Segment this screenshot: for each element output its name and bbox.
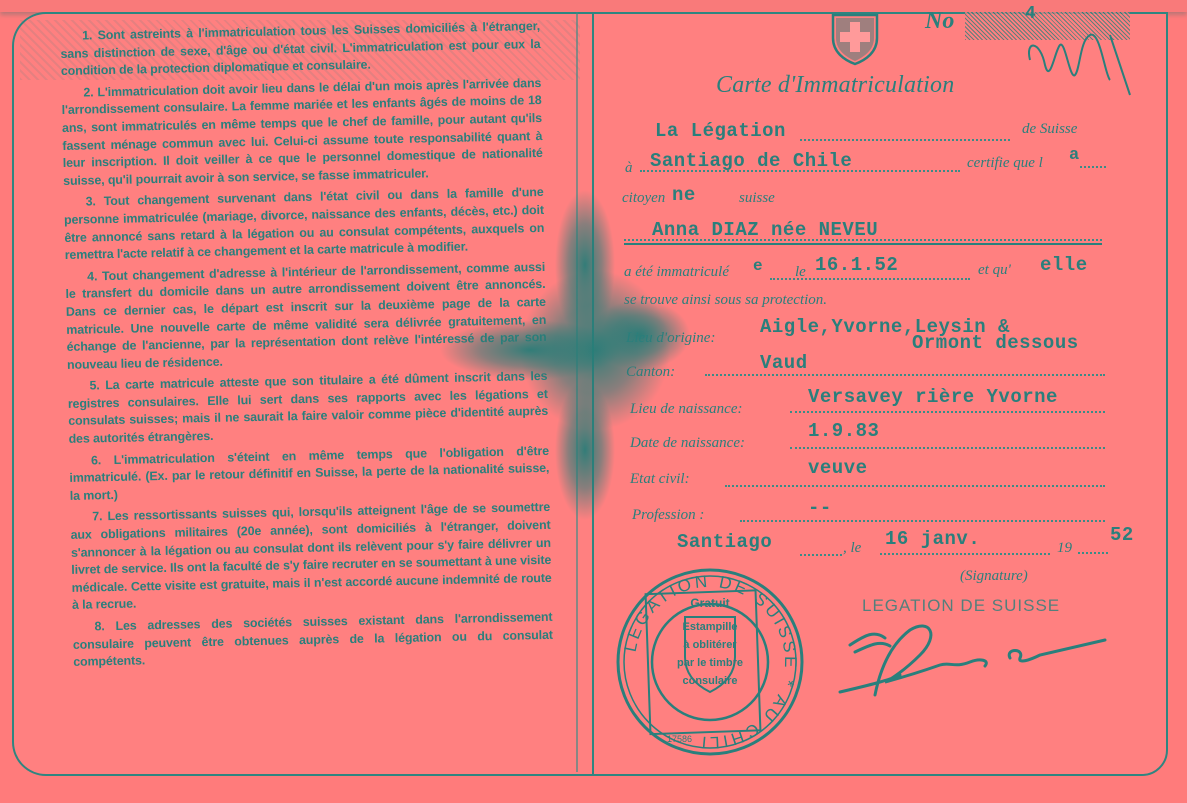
- fill-line: [1080, 166, 1106, 168]
- rule-1: 1. Sont astreints à l'immatriculation to…: [60, 18, 541, 81]
- protection-line: se trouve ainsi sous sa protection.: [624, 292, 827, 309]
- city-typed: Santiago de Chile: [650, 150, 852, 172]
- citizen-label: citoyen: [622, 190, 665, 207]
- issue-le: , le: [843, 540, 861, 557]
- holder-name: Anna DIAZ née NEVEU: [652, 219, 878, 241]
- fill-line: [1078, 552, 1108, 554]
- birthdate-label: Date de naissance:: [630, 435, 745, 452]
- svg-text:Gratuit: Gratuit: [690, 596, 729, 610]
- swiss-cross-shield-icon: [830, 12, 880, 66]
- handwritten-mark-icon: [1020, 20, 1140, 100]
- signature-label: (Signature): [960, 568, 1028, 585]
- fill-line: [800, 554, 842, 556]
- profession-label: Profession :: [632, 507, 704, 524]
- svg-text:consulaire: consulaire: [682, 675, 737, 687]
- city-suffix: a: [1069, 146, 1080, 165]
- fill-line: [740, 520, 1105, 522]
- rule-5: 5. La carte matricule atteste que son ti…: [67, 368, 548, 448]
- birthplace-label: Lieu de naissance:: [630, 401, 742, 418]
- pronoun: elle: [1040, 254, 1088, 276]
- canton-value: Vaud: [760, 352, 808, 374]
- birthdate-value: 1.9.83: [808, 420, 879, 442]
- name-underline: [624, 243, 1102, 245]
- issue-day-month: 16 janv.: [885, 528, 980, 550]
- svg-text:Estampille: Estampille: [682, 621, 737, 633]
- issue-century: 19: [1057, 540, 1072, 557]
- et-qu-label: et qu': [978, 262, 1011, 279]
- top-edge: [0, 0, 1187, 12]
- profession-value: --: [808, 497, 832, 519]
- civil-status-value: veuve: [808, 457, 868, 479]
- svg-text:17586: 17586: [667, 734, 692, 744]
- fill-line: [624, 239, 1102, 241]
- registered-suffix: e: [753, 257, 763, 275]
- citizen-suffix: suisse: [739, 190, 775, 207]
- authority-printed: de Suisse: [1022, 121, 1077, 138]
- issue-year: 52: [1110, 524, 1134, 546]
- legation-seal-icon: LEGATION DE SUISSE * AU CHILI Gratuit Es…: [605, 562, 815, 762]
- svg-text:à oblitérer: à oblitérer: [683, 639, 737, 651]
- registration-date: 16.1.52: [815, 254, 898, 276]
- civil-status-label: Etat civil:: [630, 471, 690, 488]
- citizen-gender: ne: [672, 184, 696, 206]
- svg-text:par le timbre: par le timbre: [677, 657, 743, 669]
- fill-line: [790, 411, 1105, 413]
- registered-label: a été immatriculé: [624, 264, 729, 281]
- birthplace-value: Versavey rière Yvorne: [808, 386, 1058, 408]
- fold-wear: [555, 380, 615, 520]
- fill-line: [790, 447, 1105, 449]
- fill-line: [725, 485, 1105, 487]
- fill-line: [800, 139, 1010, 141]
- rule-6: 6. L'immatriculation s'éteint en même te…: [69, 443, 550, 506]
- rule-2: 2. L'immatriculation doit avoir lieu dan…: [61, 75, 543, 191]
- city-prefix: à: [625, 160, 633, 177]
- origin-value-2: Ormont dessous: [912, 332, 1079, 354]
- fill-line: [705, 374, 1105, 376]
- issue-place: Santiago: [677, 531, 772, 553]
- city-printed: certifie que l: [967, 155, 1043, 172]
- fill-line: [640, 170, 960, 172]
- rule-3: 3. Tout changement survenant dans l'état…: [63, 184, 544, 264]
- number-label: No: [925, 8, 954, 35]
- fill-line: [770, 278, 970, 280]
- authority-typed: La Légation: [655, 120, 786, 142]
- canton-label: Canton:: [626, 364, 675, 381]
- card-title: Carte d'Immatriculation: [716, 72, 954, 99]
- rule-7: 7. Les ressortissants suisses qui, lorsq…: [70, 499, 552, 615]
- signature-icon: [830, 610, 1110, 700]
- fill-line: [880, 553, 1050, 555]
- rule-8: 8. Les adresses des sociétés suisses exi…: [72, 609, 553, 672]
- origin-label: Lieu d'origine:: [626, 330, 715, 347]
